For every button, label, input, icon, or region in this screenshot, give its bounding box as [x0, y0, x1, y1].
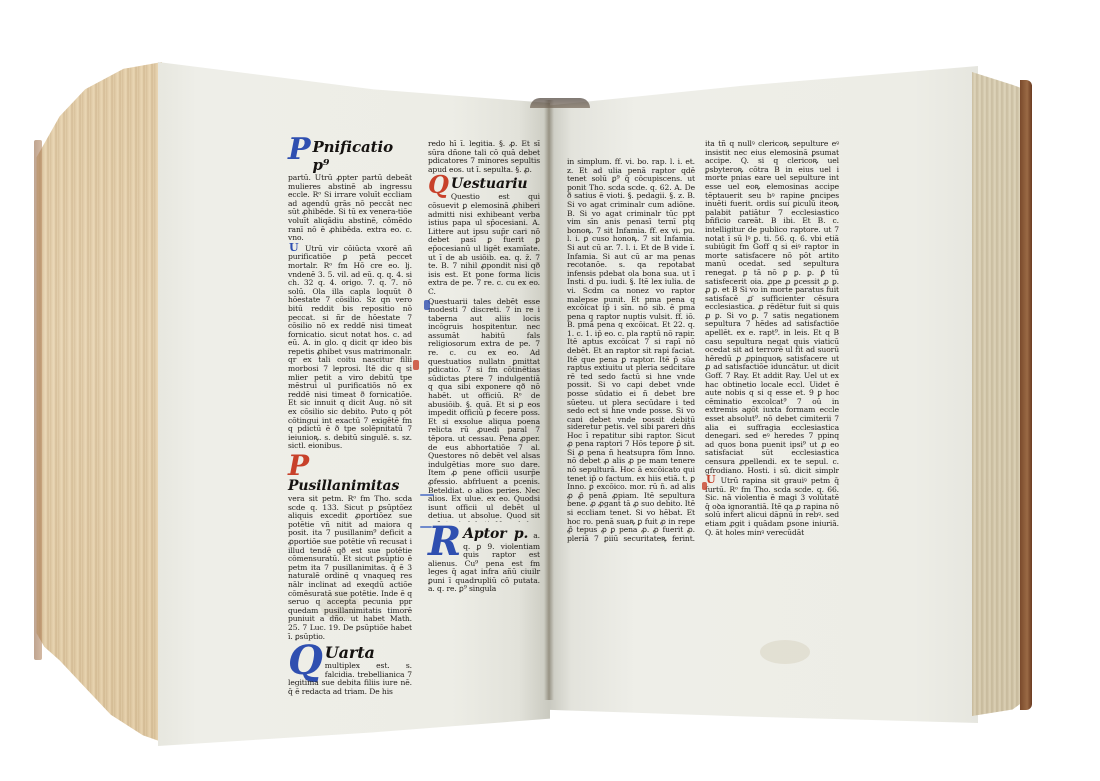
blue-margin-mark [424, 300, 430, 310]
entry-text: partū. Utrū ꝓpter partū debeāt mulieres … [288, 173, 412, 242]
right-column-2: ita tñ q nullꝰ clericoꝶ sepulture eꝰ ins… [705, 140, 839, 538]
text-block: ita tñ q nullꝰ clericoꝶ sepulture eꝰ ins… [705, 140, 839, 475]
right-leather-cover [1020, 80, 1032, 710]
entry-quarta: Q Uarta multiplex est. s. falcidia. treb… [288, 644, 412, 696]
initial-letter-blue: R [428, 525, 461, 559]
left-column-1: P Pnificatio p⁹ partū. Utrū ꝓpter partū … [288, 138, 412, 697]
left-fore-edge [34, 62, 162, 742]
initial-letter-red: Q [428, 175, 449, 195]
entry-heading: Uestuariu [451, 176, 528, 192]
entry-text: Utrū rapina sit grauiꝰ petm q̄ furtū. Rᵒ… [705, 476, 839, 537]
entry-raptor: R Aptor p. a. q. ꝑ 9. violentiam quis ra… [428, 525, 540, 595]
blue-pen-stroke [420, 526, 432, 528]
entry-heading: Pusillanimitas [288, 478, 399, 494]
entry-text: Questio est qui cōsuevit ꝑ elemosinā ꝓhi… [428, 192, 540, 296]
entry-utrum-rapina: U Utrū rapina sit grauiꝰ petm q̄ furtū. … [705, 476, 839, 537]
entry-utrum: U Utrū vir cōiūcta vxorē añ purificatiōe… [288, 244, 412, 451]
red-margin-mark [413, 360, 419, 370]
entry-text-continued: Questuarii tales debēt esse modesti 7 di… [428, 298, 540, 522]
left-column-2: redo hī ī. legitia. §. ꝓ. Et sī sūra dño… [428, 140, 540, 595]
spine-top [530, 98, 590, 108]
entry-text: Utrū vir cōiūcta vxorē añ purificatiōe ꝑ… [288, 244, 412, 451]
entry-heading: Pnificatio p⁹ [312, 138, 393, 174]
text-block: sideretur petis. vel sibi pareri dñs Hoc… [567, 423, 695, 543]
paper-stain [760, 640, 810, 664]
blue-pen-stroke [420, 494, 434, 496]
entry-heading: Aptor p. [463, 526, 528, 542]
entry-questuarius: Q Uestuariu Questio est qui cōsuevit ꝑ e… [428, 175, 540, 296]
entry-purificatio: P Pnificatio p⁹ partū. Utrū ꝓpter partū … [288, 138, 412, 243]
intro-text: redo hī ī. legitia. §. ꝓ. Et sī sūra dño… [428, 140, 540, 174]
right-column-1: in simplum. ff. vi. bo. rap. l. i. et. z… [567, 158, 695, 544]
entry-heading: Uarta [325, 643, 375, 662]
initial-letter-blue: Q [288, 644, 323, 678]
book-photo: P Pnificatio p⁹ partū. Utrū ꝓpter partū … [0, 0, 1100, 781]
book-gutter [544, 100, 554, 700]
initial-letter-blue: U [288, 244, 300, 253]
initial-letter-red: P [288, 455, 309, 477]
text-block: in simplum. ff. vi. bo. rap. l. i. et. z… [567, 158, 695, 422]
entry-pusillanimitas: P Pusillanimitas vera sit petm. Rᵒ fm Th… [288, 455, 412, 641]
left-cover-edge [34, 140, 42, 660]
red-margin-mark [702, 482, 707, 490]
initial-letter-blue: P [288, 138, 310, 162]
entry-text: vera sit petm. Rᵒ fm Tho. scda scde q. 1… [288, 494, 412, 641]
